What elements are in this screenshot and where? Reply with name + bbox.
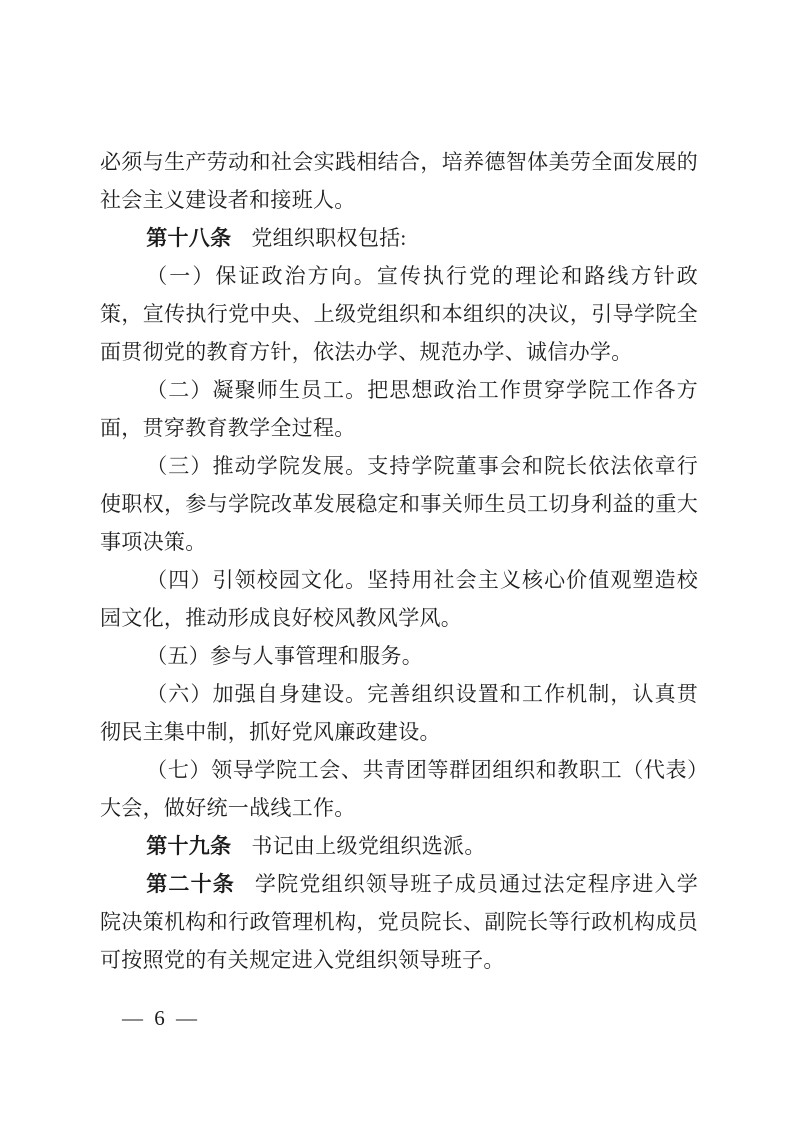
article-18-item-2: （二）凝聚师生员工。把思想政治工作贯穿学院工作各方面，贯穿教育教学全过程。 bbox=[100, 371, 698, 447]
article-18-item-4: （四）引领校园文化。坚持用社会主义核心价值观塑造校园文化，推动形成良好校风教风学… bbox=[100, 561, 698, 637]
article-18-item-1: （一）保证政治方向。宣传执行党的理论和路线方针政策，宣传执行党中央、上级党组织和… bbox=[100, 257, 698, 371]
article-19-text: 书记由上级党组织选派。 bbox=[251, 834, 485, 858]
article-18-item-6: （六）加强自身建设。完善组织设置和工作机制，认真贯彻民主集中制，抓好党风廉政建设… bbox=[100, 675, 698, 751]
document-page: 必须与生产劳动和社会实践相结合，培养德智体美劳全面发展的社会主义建设者和接班人。… bbox=[0, 0, 793, 1122]
article-18-paragraph: 第十八条党组织职权包括: bbox=[100, 219, 698, 257]
document-body: 必须与生产劳动和社会实践相结合，培养德智体美劳全面发展的社会主义建设者和接班人。… bbox=[100, 143, 698, 979]
article-18-item-3: （三）推动学院发展。支持学院董事会和院长依法依章行使职权，参与学院改革发展稳定和… bbox=[100, 447, 698, 561]
article-20-paragraph: 第二十条学院党组织领导班子成员通过法定程序进入学院决策机构和行政管理机构，党员院… bbox=[100, 865, 698, 979]
article-19-paragraph: 第十九条书记由上级党组织选派。 bbox=[100, 827, 698, 865]
article-18-item-5: （五）参与人事管理和服务。 bbox=[100, 637, 698, 675]
paragraph-continuation: 必须与生产劳动和社会实践相结合，培养德智体美劳全面发展的社会主义建设者和接班人。 bbox=[100, 143, 698, 219]
article-18-item-7: （七）领导学院工会、共青团等群团组织和教职工（代表）大会，做好统一战线工作。 bbox=[100, 751, 698, 827]
article-18-number: 第十八条 bbox=[146, 226, 251, 250]
article-18-text: 党组织职权包括: bbox=[251, 226, 406, 250]
page-footer: — 6 — bbox=[122, 1006, 200, 1031]
article-20-number: 第二十条 bbox=[146, 872, 255, 896]
article-19-number: 第十九条 bbox=[146, 834, 251, 858]
page-number: — 6 — bbox=[122, 1006, 200, 1030]
